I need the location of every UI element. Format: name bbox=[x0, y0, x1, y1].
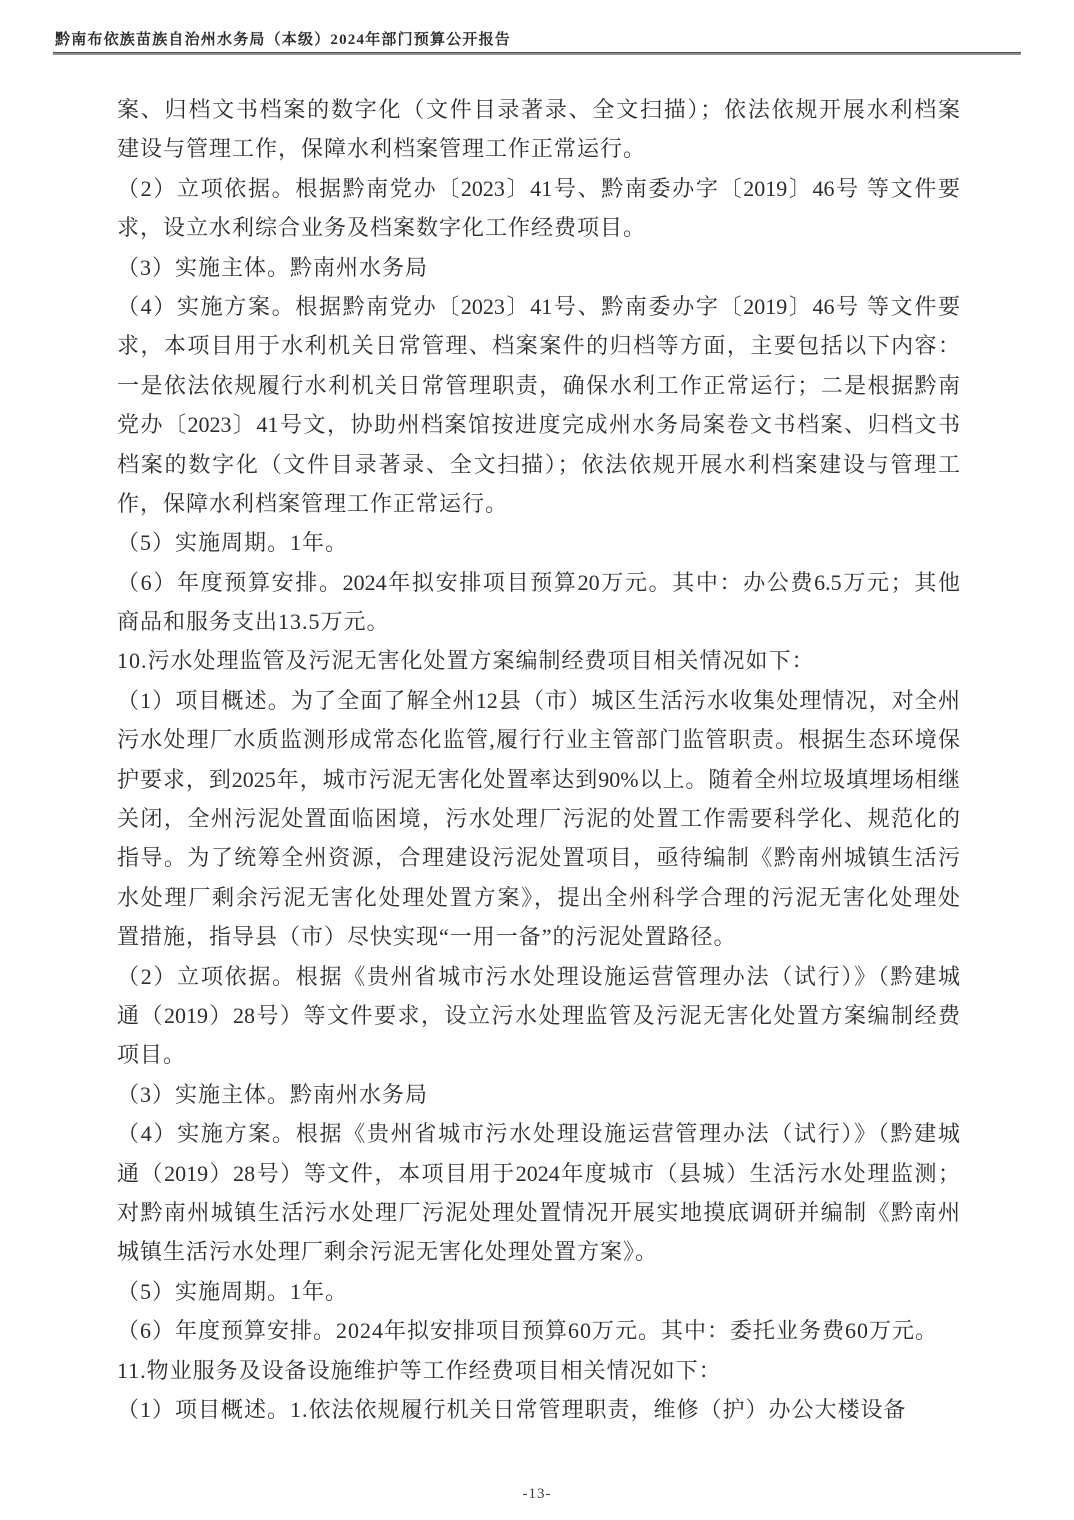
page-number: -13- bbox=[0, 1486, 1074, 1503]
text-line: 关闭，全州污泥处置面临困境，污水处理厂污泥的处置工作需要科学化、规范化的 bbox=[117, 799, 960, 838]
page-header-title: 黔南布依族苗族自治州水务局（本级）2024年部门预算公开报告 bbox=[55, 28, 511, 49]
text-line: 档案的数字化（文件目录著录、全文扫描）；依法依规开展水利档案建设与管理工 bbox=[117, 445, 960, 484]
text-line: 水处理厂剩余污泥无害化处理处置方案》，提出全州科学合理的污泥无害化处理处 bbox=[117, 878, 960, 917]
text-line: 通（2019）28号）等文件，本项目用于2024年度城市（县城）生活污水处理监测… bbox=[117, 1154, 960, 1193]
text-line: （4）实施方案。根据《贵州省城市污水处理设施运营管理办法（试行）》（黔建城 bbox=[117, 1114, 960, 1153]
text-line: 指导。为了统筹全州资源，合理建设污泥处置项目，亟待编制《黔南州城镇生活污 bbox=[117, 838, 960, 877]
text-line: （6）年度预算安排。2024年拟安排项目预算60万元。其中：委托业务费60万元。 bbox=[117, 1311, 960, 1350]
text-line: 商品和服务支出13.5万元。 bbox=[117, 602, 960, 641]
text-line: （5）实施周期。1年。 bbox=[117, 523, 960, 562]
text-line: （3）实施主体。黔南州水务局 bbox=[117, 248, 960, 287]
text-line: 项目。 bbox=[117, 1035, 960, 1074]
text-line: 污水处理厂水质监测形成常态化监管,履行行业主管部门监管职责。根据生态环境保 bbox=[117, 720, 960, 759]
text-line: （2）立项依据。根据《贵州省城市污水处理设施运营管理办法（试行）》（黔建城 bbox=[117, 957, 960, 996]
text-line: 党办〔2023〕41号文，协助州档案馆按进度完成州水务局案卷文书档案、归档文书 bbox=[117, 405, 960, 444]
text-line: （1）项目概述。为了全面了解全州12县（市）城区生活污水收集处理情况，对全州 bbox=[117, 681, 960, 720]
text-line: 护要求，到2025年，城市污泥无害化处置率达到90%以上。随着全州垃圾填埋场相继 bbox=[117, 760, 960, 799]
text-line: 求，设立水利综合业务及档案数字化工作经费项目。 bbox=[117, 208, 960, 247]
text-line: 10.污水处理监管及污泥无害化处置方案编制经费项目相关情况如下： bbox=[117, 641, 960, 680]
document-body: 案、归档文书档案的数字化（文件目录著录、全文扫描）；依法依规开展水利档案 建设与… bbox=[117, 90, 960, 1429]
report-page: 黔南布依族苗族自治州水务局（本级）2024年部门预算公开报告 案、归档文书档案的… bbox=[0, 0, 1074, 1520]
text-line: （5）实施周期。1年。 bbox=[117, 1272, 960, 1311]
text-line: （6）年度预算安排。2024年拟安排项目预算20万元。其中：办公费6.5万元；其… bbox=[117, 563, 960, 602]
text-line: 求，本项目用于水利机关日常管理、档案案件的归档等方面，主要包括以下内容： bbox=[117, 326, 960, 365]
text-line: 一是依法依规履行水利机关日常管理职责，确保水利工作正常运行；二是根据黔南 bbox=[117, 366, 960, 405]
text-line: 城镇生活污水处理厂剩余污泥无害化处理处置方案》。 bbox=[117, 1232, 960, 1271]
text-line: （4）实施方案。根据黔南党办〔2023〕41号、黔南委办字〔2019〕46号 等… bbox=[117, 287, 960, 326]
text-line: 对黔南州城镇生活污水处理厂污泥处理处置情况开展实地摸底调研并编制《黔南州 bbox=[117, 1193, 960, 1232]
text-line: （2）立项依据。根据黔南党办〔2023〕41号、黔南委办字〔2019〕46号 等… bbox=[117, 169, 960, 208]
text-line: （1）项目概述。1.依法依规履行机关日常管理职责，维修（护）办公大楼设备 bbox=[117, 1390, 960, 1429]
text-line: 通（2019）28号）等文件要求，设立污水处理监管及污泥无害化处置方案编制经费 bbox=[117, 996, 960, 1035]
text-line: 作，保障水利档案管理工作正常运行。 bbox=[117, 484, 960, 523]
text-line: 置措施，指导县（市）尽快实现“一用一备”的污泥处置路径。 bbox=[117, 917, 960, 956]
header-rule-divider bbox=[53, 52, 1021, 55]
text-line: 案、归档文书档案的数字化（文件目录著录、全文扫描）；依法依规开展水利档案 bbox=[117, 90, 960, 129]
text-line: 11.物业服务及设备设施维护等工作经费项目相关情况如下： bbox=[117, 1351, 960, 1390]
text-line: （3）实施主体。黔南州水务局 bbox=[117, 1075, 960, 1114]
text-line: 建设与管理工作，保障水利档案管理工作正常运行。 bbox=[117, 129, 960, 168]
